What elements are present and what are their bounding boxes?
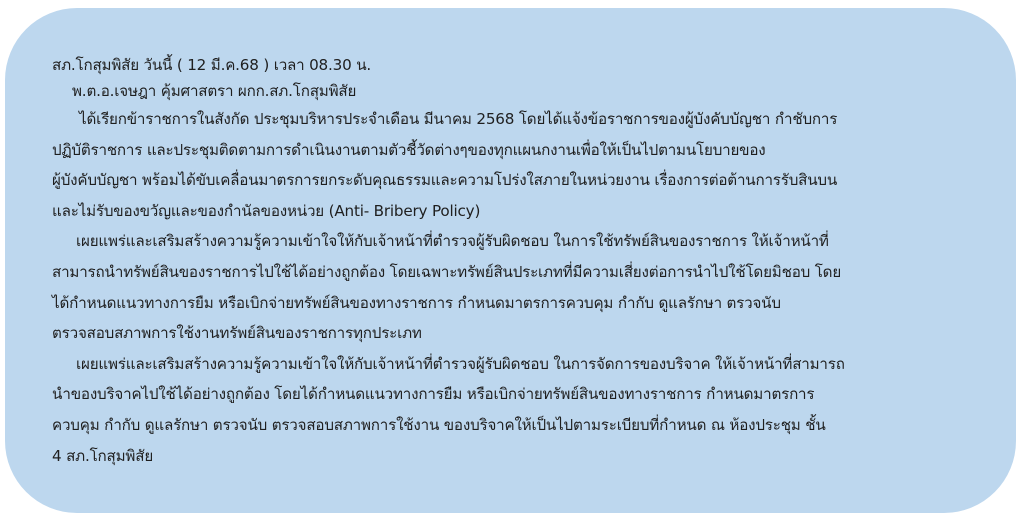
paragraph-line: เผยแพร่และเสริมสร้างความรู้ความเข้าใจให้… bbox=[52, 226, 1012, 257]
paragraph-line: นำของบริจาคไปใช้ได้อย่างถูกต้อง โดยได้กำ… bbox=[52, 379, 1012, 410]
announcement-card: สภ.โกสุมพิสัย วันนี้ ( 12 มี.ค.68 ) เวลา… bbox=[5, 8, 1016, 513]
paragraph-line: ตรวจสอบสภาพการใช้งานทรัพย์สินของราชการทุ… bbox=[52, 318, 1012, 349]
paragraph-line: ได้กำหนดแนวทางการยืม หรือเบิกจ่ายทรัพย์ส… bbox=[52, 288, 1012, 319]
header-officer: พ.ต.อ.เจษฎา คุ้มศาสตรา ผกก.สภ.โกสุมพิสัย bbox=[52, 78, 1012, 104]
paragraph-government-assets: เผยแพร่และเสริมสร้างความรู้ความเข้าใจให้… bbox=[52, 226, 1012, 348]
paragraph-line: 4 สภ.โกสุมพิสัย bbox=[52, 441, 1012, 472]
announcement-text: สภ.โกสุมพิสัย วันนี้ ( 12 มี.ค.68 ) เวลา… bbox=[52, 52, 1012, 471]
paragraph-line: ได้เรียกข้าราชการในสังกัด ประชุมบริหารปร… bbox=[52, 104, 1012, 135]
header-station-date-time: สภ.โกสุมพิสัย วันนี้ ( 12 มี.ค.68 ) เวลา… bbox=[52, 52, 1012, 78]
paragraph-donations: เผยแพร่และเสริมสร้างความรู้ความเข้าใจให้… bbox=[52, 349, 1012, 471]
paragraph-line: และไม่รับของขวัญและของกำนัลของหน่วย (Ant… bbox=[52, 196, 1012, 227]
paragraph-line: สามารถนำทรัพย์สินของราชการไปใช้ได้อย่างถ… bbox=[52, 257, 1012, 288]
paragraph-line: ควบคุม กำกับ ดูแลรักษา ตรวจนับ ตรวจสอบสภ… bbox=[52, 410, 1012, 441]
paragraph-line: ผู้บังคับบัญชา พร้อมได้ขับเคลื่อนมาตรการ… bbox=[52, 165, 1012, 196]
paragraph-line: เผยแพร่และเสริมสร้างความรู้ความเข้าใจให้… bbox=[52, 349, 1012, 380]
paragraph-line: ปฏิบัติราชการ และประชุมติดตามการดำเนินงา… bbox=[52, 135, 1012, 166]
paragraph-meeting: ได้เรียกข้าราชการในสังกัด ประชุมบริหารปร… bbox=[52, 104, 1012, 226]
